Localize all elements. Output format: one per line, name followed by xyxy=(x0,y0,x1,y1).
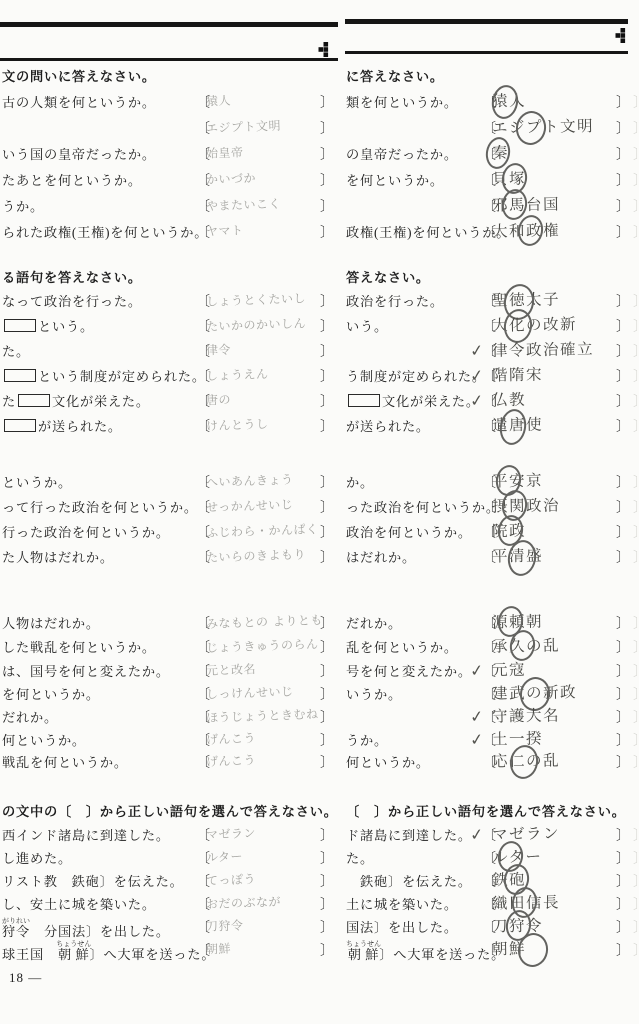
ghost-bracket: 〕 xyxy=(633,170,639,190)
question-text: 戦乱を何というか。 xyxy=(2,752,128,771)
question-text: 土に城を築いた。 xyxy=(346,894,458,913)
question-text: うか。 xyxy=(346,730,388,749)
handwritten-answer: げんこう xyxy=(206,729,257,748)
ghost-bracket: 〕 xyxy=(633,92,639,112)
fill-in-blank-box xyxy=(4,369,36,382)
furigana: がりれい xyxy=(2,917,30,925)
answer-bracket-close: 〕 xyxy=(320,752,334,772)
question-text: た人物はだれか。 xyxy=(2,547,114,566)
question-fragment: という。 xyxy=(38,319,94,334)
question-fragment: 球王国 xyxy=(2,947,58,962)
ghost-bracket: 〕 xyxy=(633,497,639,517)
ghost-bracket: 〕 xyxy=(633,416,639,436)
answer-bracket-close: 〕 xyxy=(616,917,630,937)
furigana: ちょうせん xyxy=(346,940,381,948)
question-text: いうか。 xyxy=(346,684,402,703)
right-column-rule-thin xyxy=(345,51,628,54)
ruby-word: 朝鮮ちょうせん xyxy=(346,947,379,962)
answer-bracket-close: 〕 xyxy=(616,940,630,960)
answer-bracket-close: 〕 xyxy=(320,341,334,361)
answer-bracket-close: 〕 xyxy=(616,144,630,164)
ghost-bracket: 〕 xyxy=(633,825,639,845)
answer-bracket-close: 〕 xyxy=(616,894,630,914)
question-text: 乱を何というか。 xyxy=(346,637,458,656)
ghost-bracket: 〕 xyxy=(633,472,639,492)
question-text: リスト教 鉄砲〕を伝えた。 xyxy=(2,871,184,890)
question-text: って行った政治を何というか。 xyxy=(2,497,198,516)
question-text: いう。 xyxy=(346,316,388,335)
question-text: なって政治を行った。 xyxy=(2,291,142,310)
answer-bracket-close: 〕 xyxy=(616,170,630,190)
answer-bracket-close: 〕 xyxy=(616,637,630,657)
answer-bracket-close: 〕 xyxy=(320,291,334,311)
handwritten-answer: 階隋宋 xyxy=(492,363,543,386)
scanned-worksheet-page: 18 — 文の問いに答えなさい。古の人類を何というか。〔猿人〕〔エジプト文明〕い… xyxy=(0,0,639,1024)
handwritten-answer: 守護大名 xyxy=(492,703,560,726)
left-column-rule-thick xyxy=(0,22,338,27)
handwritten-answer: しょうえん xyxy=(206,365,269,384)
ghost-bracket: 〕 xyxy=(633,894,639,914)
answer-bracket-close: 〕 xyxy=(320,144,334,164)
question-text: たあとを何というか。 xyxy=(2,170,142,189)
answer-bracket-close: 〕 xyxy=(616,522,630,542)
question-text: の皇帝だったか。 xyxy=(346,144,458,163)
answer-bracket-close: 〕 xyxy=(320,472,334,492)
answer-bracket-close: 〕 xyxy=(320,637,334,657)
question-fragment: 文化が栄えた。 xyxy=(382,394,480,409)
answer-bracket-close: 〕 xyxy=(320,497,334,517)
handwritten-answer: へいあんきょう xyxy=(206,470,294,490)
question-fragment: た xyxy=(2,394,16,409)
answer-bracket-close: 〕 xyxy=(616,825,630,845)
question-text: った政治を何というか。 xyxy=(346,497,500,516)
answer-bracket-close: 〕 xyxy=(320,522,334,542)
question-text: た文化が栄えた。 xyxy=(2,391,150,410)
answer-bracket-close: 〕 xyxy=(616,547,630,567)
furigana: ちょうせん xyxy=(56,940,91,948)
question-text: を何というか。 xyxy=(2,684,100,703)
question-text: ド諸島に到達した。 xyxy=(346,825,472,844)
grade-check-mark: ✓ xyxy=(469,365,484,385)
answer-bracket-close: 〕 xyxy=(616,92,630,112)
ghost-bracket: 〕 xyxy=(633,118,639,138)
answer-bracket-close: 〕 xyxy=(320,222,334,242)
handwritten-answer: 朝鮮 xyxy=(206,940,232,958)
question-fragment: 分国法〕を出した。 xyxy=(30,924,170,939)
question-text: した戦乱を何というか。 xyxy=(2,637,156,656)
ruby-word: 狩令がりれい xyxy=(2,924,30,939)
handwritten-answer: ルター xyxy=(206,847,244,865)
question-text: た。 xyxy=(2,341,30,360)
handwritten-answer: みなもとの よりとも xyxy=(206,611,323,632)
grade-check-mark: ✓ xyxy=(469,729,484,749)
question-text: し進めた。 xyxy=(2,848,72,867)
answer-bracket-close: 〕 xyxy=(320,416,334,436)
grade-check-mark: ✓ xyxy=(469,824,484,844)
question-text: 文化が栄えた。 xyxy=(346,391,480,410)
answer-bracket-close: 〕 xyxy=(320,940,334,960)
ghost-bracket: 〕 xyxy=(633,848,639,868)
ghost-bracket: 〕 xyxy=(633,522,639,542)
question-text: という。 xyxy=(2,316,94,335)
fill-in-blank-box xyxy=(4,319,36,332)
fill-in-blank-box xyxy=(4,419,36,432)
question-text: 鉄砲〕を伝えた。 xyxy=(346,871,472,890)
question-text: 政治を何というか。 xyxy=(346,522,472,541)
handwritten-answer: マゼラン xyxy=(206,824,257,843)
question-text: うか。 xyxy=(2,196,44,215)
handwritten-answer: 刀狩令 xyxy=(206,916,244,934)
handwritten-answer: たいかのかいしん xyxy=(206,314,307,334)
question-text: 行った政治を何というか。 xyxy=(2,522,170,541)
answer-bracket-close: 〕 xyxy=(616,416,630,436)
fill-in-blank-box xyxy=(348,394,380,407)
answer-bracket-close: 〕 xyxy=(320,684,334,704)
ghost-bracket: 〕 xyxy=(633,940,639,960)
answer-bracket-close: 〕 xyxy=(616,291,630,311)
handwritten-answer: けんとうし xyxy=(206,415,269,434)
handwritten-answer: 仏教 xyxy=(492,388,526,411)
handwritten-answer: エジプト文明 xyxy=(206,117,282,137)
answer-bracket-close: 〕 xyxy=(320,825,334,845)
question-text: 狩令がりれい 分国法〕を出した。 xyxy=(2,917,170,940)
question-text: が送られた。 xyxy=(2,416,122,435)
answer-bracket-close: 〕 xyxy=(320,92,334,112)
answer-bracket-close: 〕 xyxy=(616,316,630,336)
answer-bracket-close: 〕 xyxy=(320,917,334,937)
question-text: か。 xyxy=(346,472,374,491)
handwritten-answer: 元と改名 xyxy=(206,660,257,679)
handwritten-answer: やまたいこく xyxy=(206,195,282,215)
answer-bracket-close: 〕 xyxy=(320,391,334,411)
grade-check-mark: ✓ xyxy=(469,660,484,680)
question-text: 何というか。 xyxy=(2,730,86,749)
question-text: はだれか。 xyxy=(346,547,416,566)
answer-bracket-close: 〕 xyxy=(320,730,334,750)
handwritten-answer: 猿人 xyxy=(206,92,232,110)
question-text: だれか。 xyxy=(346,613,402,632)
handwritten-answer: 元寇 xyxy=(492,658,526,681)
question-fragment: が送られた。 xyxy=(38,419,122,434)
question-text: が送られた。 xyxy=(346,416,430,435)
ghost-bracket: 〕 xyxy=(633,144,639,164)
question-text: 西インド諸島に到達した。 xyxy=(2,825,170,844)
ghost-bracket: 〕 xyxy=(633,547,639,567)
handwritten-answer: 律令政治確立 xyxy=(492,337,594,361)
ghost-bracket: 〕 xyxy=(633,661,639,681)
question-text: 古の人類を何というか。 xyxy=(2,92,156,111)
answer-bracket-close: 〕 xyxy=(320,613,334,633)
ghost-bracket: 〕 xyxy=(633,684,639,704)
answer-bracket-close: 〕 xyxy=(320,661,334,681)
answer-bracket-close: 〕 xyxy=(616,472,630,492)
question-text: られた政権(王権)を何というか。 xyxy=(2,222,208,241)
question-text: 国法〕を出した。 xyxy=(346,917,458,936)
ghost-bracket: 〕 xyxy=(633,222,639,242)
question-text: というか。 xyxy=(2,472,72,491)
question-text: という制度が定められた。 xyxy=(2,366,206,385)
fill-in-blank-box xyxy=(18,394,50,407)
handwritten-answer: 始皇帝 xyxy=(206,143,244,161)
answer-bracket-close: 〕 xyxy=(320,871,334,891)
ghost-bracket: 〕 xyxy=(633,637,639,657)
answer-bracket-close: 〕 xyxy=(616,707,630,727)
question-text: 類を何というか。 xyxy=(346,92,458,111)
handwritten-answer: じょうきゅうのらん xyxy=(206,635,319,656)
ruby-word: 朝鮮ちょうせん xyxy=(58,947,90,962)
section-marker-icon xyxy=(615,28,630,44)
ghost-bracket: 〕 xyxy=(633,366,639,386)
section-intro: る語句を答えなさい。 xyxy=(2,267,142,286)
ghost-bracket: 〕 xyxy=(633,871,639,891)
answer-bracket-close: 〕 xyxy=(616,196,630,216)
section-marker-icon xyxy=(318,42,333,58)
answer-bracket-close: 〕 xyxy=(616,341,630,361)
answer-bracket-close: 〕 xyxy=(320,170,334,190)
handwritten-answer: てっぽう xyxy=(206,870,257,889)
handwritten-answer: マゼラン xyxy=(492,821,560,844)
answer-bracket-close: 〕 xyxy=(320,707,334,727)
answer-bracket-close: 〕 xyxy=(616,613,630,633)
ghost-bracket: 〕 xyxy=(633,707,639,727)
answer-bracket-close: 〕 xyxy=(616,752,630,772)
ghost-bracket: 〕 xyxy=(633,730,639,750)
answer-bracket-close: 〕 xyxy=(616,222,630,242)
answer-bracket-close: 〕 xyxy=(320,366,334,386)
section-intro: 答えなさい。 xyxy=(346,267,430,286)
handwritten-answer: おだのぶなが xyxy=(206,893,282,913)
handwritten-answer: ヤマト xyxy=(206,221,244,239)
page-number: 18 — xyxy=(9,970,42,986)
answer-bracket-close: 〕 xyxy=(320,894,334,914)
left-column-rule-thin xyxy=(0,58,338,61)
answer-bracket-close: 〕 xyxy=(616,391,630,411)
right-column-rule-thick xyxy=(345,19,628,24)
question-text: は、国号を何と変えたか。 xyxy=(2,661,170,680)
handwritten-answer: たいらのきよもり xyxy=(206,545,307,565)
handwritten-answer: せっかんせいじ xyxy=(206,495,294,515)
grade-check-mark: ✓ xyxy=(469,390,484,410)
question-text: 球王国 朝鮮ちょうせん〕へ大軍を送った。 xyxy=(2,940,215,963)
answer-bracket-close: 〕 xyxy=(616,848,630,868)
section-intro: 〔 〕から正しい語句を選んで答えなさい。 xyxy=(346,801,626,820)
handwritten-answer: かいづか xyxy=(206,169,257,188)
ghost-bracket: 〕 xyxy=(633,613,639,633)
ghost-bracket: 〕 xyxy=(633,341,639,361)
section-intro: 文の問いに答えなさい。 xyxy=(2,66,156,85)
ruby-base: 朝鮮 xyxy=(56,947,91,962)
handwritten-answer: しょうとくたいし xyxy=(206,289,307,309)
ghost-bracket: 〕 xyxy=(633,917,639,937)
handwritten-answer: ほうじょうときむね xyxy=(206,705,319,726)
grade-check-mark: ✓ xyxy=(469,706,484,726)
ruby-base: 朝鮮 xyxy=(346,947,381,962)
answer-bracket-close: 〕 xyxy=(616,497,630,517)
ghost-bracket: 〕 xyxy=(633,752,639,772)
answer-bracket-close: 〕 xyxy=(320,848,334,868)
question-text: いう国の皇帝だったか。 xyxy=(2,144,156,163)
answer-bracket-close: 〕 xyxy=(616,118,630,138)
handwritten-answer: ふじわら・かんぱく xyxy=(206,520,319,541)
question-text: だれか。 xyxy=(2,707,58,726)
handwritten-answer: しっけんせいじ xyxy=(206,682,294,702)
answer-bracket-close: 〕 xyxy=(616,730,630,750)
question-text: う制度が定められた。 xyxy=(346,366,486,385)
question-fragment: 文化が栄えた。 xyxy=(52,394,150,409)
handwritten-answer: 律令 xyxy=(206,341,232,359)
question-text: 人物はだれか。 xyxy=(2,613,100,632)
question-text: 政治を行った。 xyxy=(346,291,444,310)
answer-bracket-close: 〕 xyxy=(616,366,630,386)
question-text: 何というか。 xyxy=(346,752,430,771)
question-fragment: という制度が定められた。 xyxy=(38,369,206,384)
question-text: を何というか。 xyxy=(346,170,444,189)
question-text: し、安土に城を築いた。 xyxy=(2,894,156,913)
answer-bracket-close: 〕 xyxy=(616,684,630,704)
ghost-bracket: 〕 xyxy=(633,391,639,411)
ruby-base: 狩令 xyxy=(2,924,30,939)
ghost-bracket: 〕 xyxy=(633,196,639,216)
answer-bracket-close: 〕 xyxy=(616,661,630,681)
handwritten-answer: げんこう xyxy=(206,751,257,770)
answer-bracket-close: 〕 xyxy=(320,118,334,138)
answer-bracket-close: 〕 xyxy=(320,196,334,216)
ghost-bracket: 〕 xyxy=(633,316,639,336)
handwritten-answer: 唐の xyxy=(206,391,232,409)
question-text: た。 xyxy=(346,848,374,867)
section-intro: に答えなさい。 xyxy=(346,66,444,85)
ghost-bracket: 〕 xyxy=(633,291,639,311)
answer-bracket-close: 〕 xyxy=(616,871,630,891)
grade-check-mark: ✓ xyxy=(469,340,484,360)
answer-bracket-close: 〕 xyxy=(320,547,334,567)
question-text: 号を何と変えたか。 xyxy=(346,661,472,680)
section-intro: の文中の〔 〕から正しい語句を選んで答えなさい。 xyxy=(2,801,338,820)
answer-bracket-close: 〕 xyxy=(320,316,334,336)
